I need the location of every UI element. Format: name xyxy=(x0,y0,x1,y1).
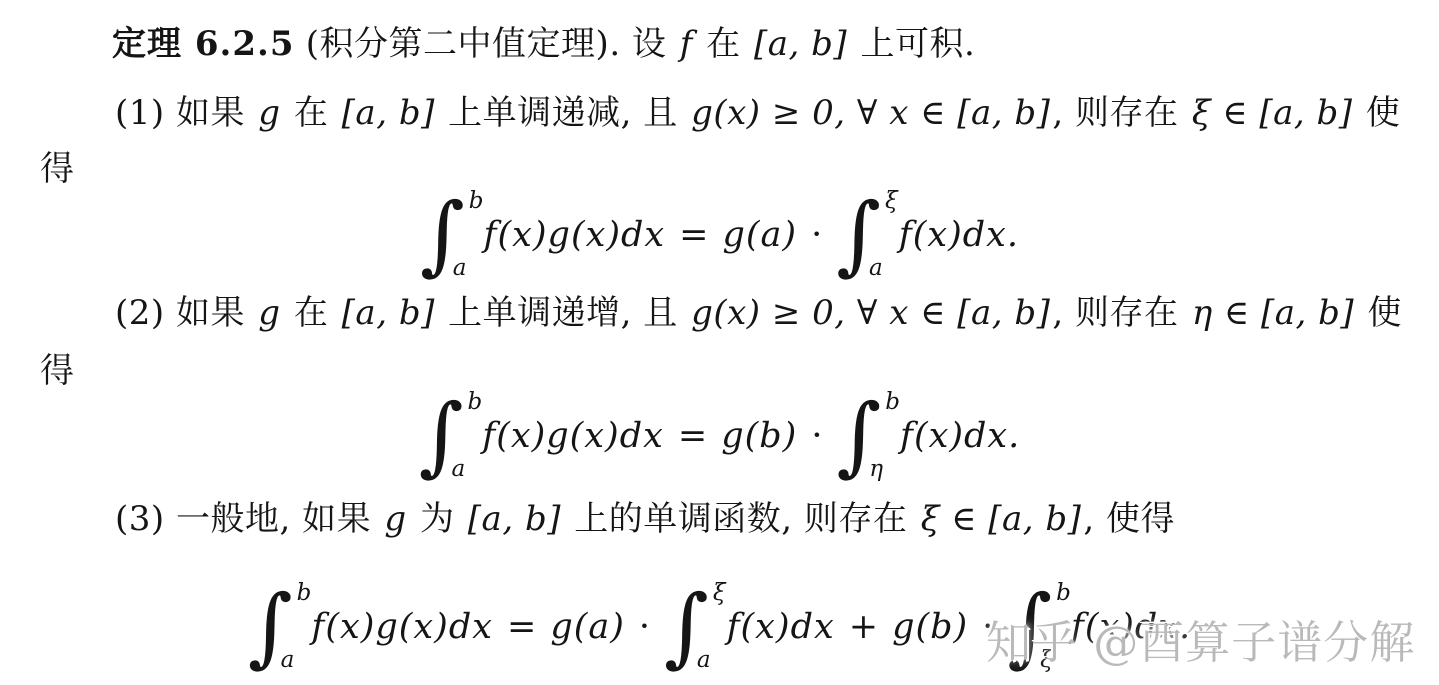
integrand: f(x)g(x)dx xyxy=(311,607,493,647)
multiplication-dot: · xyxy=(803,416,830,456)
integral-limits: ba xyxy=(463,190,478,280)
inline-math-condition: g(x) ≥ 0, ∀ x ∈ [a, b] xyxy=(689,93,1052,133)
multiplication-dot: · xyxy=(631,607,658,647)
display-formula-1: ∫ba f(x)g(x)dx = g(a) · ∫ξa f(x)dx. xyxy=(0,185,1439,285)
integral-lower-limit: a xyxy=(453,257,468,280)
inline-math-g: g xyxy=(256,293,282,333)
integral-lower-limit: a xyxy=(869,257,883,280)
coefficient: g(a) xyxy=(550,607,625,647)
inline-math-interval: [a, b] xyxy=(752,24,849,64)
coefficient: g(a) xyxy=(722,215,797,255)
inline-math-g: g xyxy=(256,93,282,133)
item-1-then: , 则存在 xyxy=(1052,93,1189,133)
theorem-heading: 定理 6.2.5 (积分第二中值定理). 设 f 在 [a, b] 上可积. xyxy=(112,22,975,66)
plus-sign: + xyxy=(841,607,886,647)
theorem-name: (积分第二中值定理). 设 xyxy=(294,24,677,64)
integral-upper-limit: b xyxy=(468,391,483,414)
equals-sign: = xyxy=(671,215,716,255)
integrand: f(x)g(x)dx xyxy=(484,215,666,255)
theorem-label: 定理 6.2.5 xyxy=(112,24,294,64)
item-2-monotone: 上单调递增, 且 xyxy=(437,293,689,333)
integral-lower-limit: a xyxy=(697,649,711,672)
display-formula-2: ∫ba f(x)g(x)dx = g(b) · ∫bη f(x)dx. xyxy=(0,383,1439,488)
item-2-then: , 则存在 xyxy=(1052,293,1189,333)
multiplication-dot: · xyxy=(803,215,830,255)
inline-math-interval: [a, b] xyxy=(466,499,563,539)
item-3-number: (3) 一般地, 如果 xyxy=(115,499,382,539)
item-2-shi: 使 xyxy=(1356,293,1402,333)
item-2-number: (2) 如果 xyxy=(115,293,256,333)
integral: ∫ξa xyxy=(664,579,721,675)
item-1-number: (1) 如果 xyxy=(115,93,256,133)
integral: ∫ba xyxy=(248,579,306,675)
equals-sign: = xyxy=(499,607,544,647)
inline-math-interval: [a, b] xyxy=(340,93,437,133)
item-1-shi: 使 xyxy=(1355,93,1401,133)
integral-limits: ξa xyxy=(707,582,721,672)
coefficient: g(b) xyxy=(892,607,968,647)
integral-upper-limit: b xyxy=(469,190,484,213)
item-1-zai: 在 xyxy=(283,93,340,133)
item-1-text: (1) 如果 g 在 [a, b] 上单调递减, 且 g(x) ≥ 0, ∀ x… xyxy=(115,91,1400,135)
integrand: f(x)g(x)dx xyxy=(482,416,664,456)
item-3-monotone: 上的单调函数, 则存在 xyxy=(563,499,919,539)
integral-limits: ξa xyxy=(879,190,893,280)
inline-math-interval: [a, b] xyxy=(340,293,437,333)
heading-tail: 上可积. xyxy=(849,24,975,64)
inline-math-exists: ξ ∈ [a, b] xyxy=(1190,93,1355,133)
inline-math-condition: g(x) ≥ 0, ∀ x ∈ [a, b] xyxy=(689,293,1052,333)
heading-zai: 在 xyxy=(695,24,752,64)
integral-upper-limit: b xyxy=(885,391,900,414)
integrand: f(x)dx xyxy=(727,607,835,647)
integral-lower-limit: a xyxy=(452,458,467,481)
integral: ∫ba xyxy=(420,187,478,283)
integral-upper-limit: b xyxy=(297,582,312,605)
integrand: f(x)dx. xyxy=(899,215,1019,255)
coefficient: g(b) xyxy=(721,416,797,456)
equals-sign: = xyxy=(670,416,715,456)
integral: ∫bη xyxy=(836,388,894,484)
inline-math-exists: η ∈ [a, b] xyxy=(1190,293,1356,333)
integral: ∫ba xyxy=(419,388,477,484)
integral-limits: ba xyxy=(291,582,306,672)
item-2-zai: 在 xyxy=(283,293,340,333)
integral-upper-limit: ξ xyxy=(713,582,727,605)
integral-limits: ba xyxy=(462,391,477,481)
inline-math-f: f xyxy=(678,24,695,64)
watermark-zhihu: 知乎 @酉算子谱分解 xyxy=(986,606,1415,671)
item-1-monotone: 上单调递减, 且 xyxy=(437,93,689,133)
inline-math-exists: ξ ∈ [a, b] xyxy=(919,499,1084,539)
integral-upper-limit: b xyxy=(1056,582,1071,605)
document-page: 定理 6.2.5 (积分第二中值定理). 设 f 在 [a, b] 上可积. (… xyxy=(0,0,1439,685)
integral-lower-limit: η xyxy=(869,458,884,481)
inline-math-g: g xyxy=(382,499,408,539)
item-3-text: (3) 一般地, 如果 g 为 [a, b] 上的单调函数, 则存在 ξ ∈ [… xyxy=(115,497,1175,541)
integrand: f(x)dx. xyxy=(900,416,1020,456)
item-3-tail: , 使得 xyxy=(1083,499,1175,539)
item-3-wei: 为 xyxy=(409,499,466,539)
integral-upper-limit: ξ xyxy=(885,190,899,213)
integral-limits: bη xyxy=(879,391,894,481)
integral-lower-limit: a xyxy=(281,649,296,672)
integral: ∫ξa xyxy=(836,187,893,283)
item-2-text: (2) 如果 g 在 [a, b] 上单调递增, 且 g(x) ≥ 0, ∀ x… xyxy=(115,291,1402,335)
